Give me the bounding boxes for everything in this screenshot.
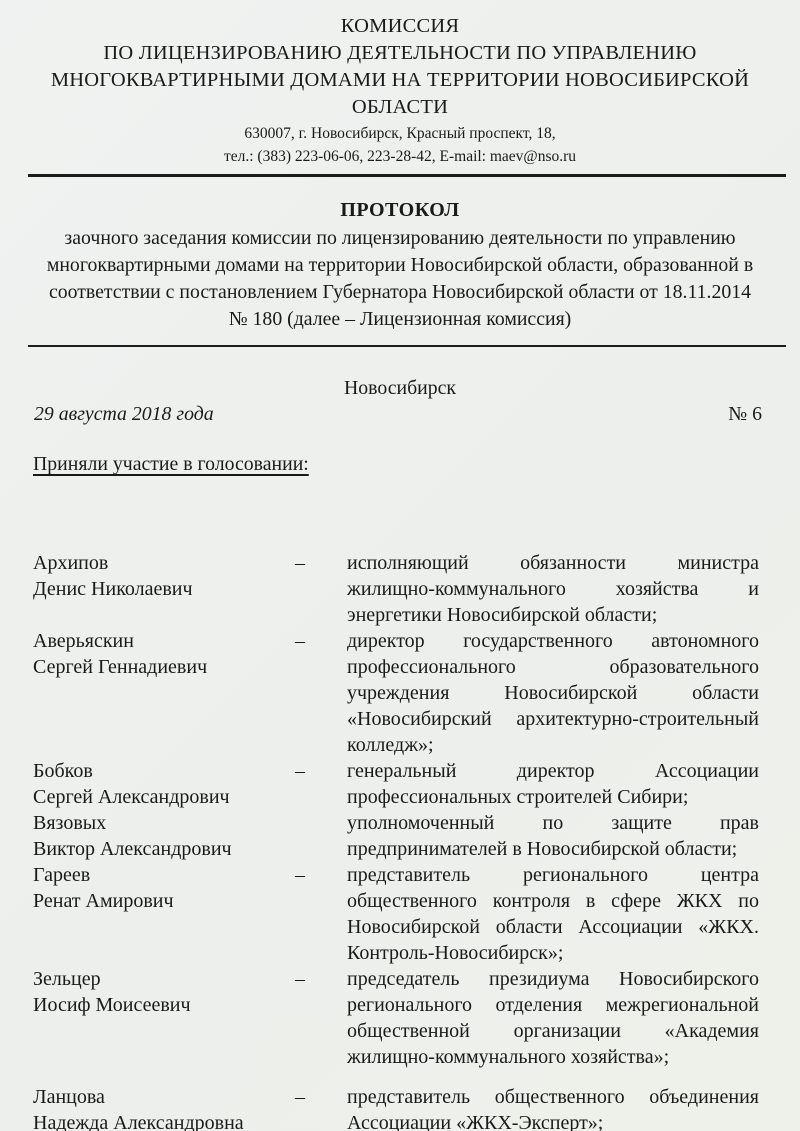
participant-name-line: Виктор Александрович <box>33 836 295 862</box>
participant-dash: – <box>295 758 347 810</box>
document-title: ПРОТОКОЛ <box>0 199 800 222</box>
participant-dash: – <box>295 628 347 758</box>
participant-name-line: Вязовых <box>33 810 295 836</box>
participant-row: АверьяскинСергей Геннадиевич–директор го… <box>0 628 800 758</box>
letterhead: КОМИССИЯ ПО ЛИЦЕНЗИРОВАНИЮ ДЕЯТЕЛЬНОСТИ … <box>0 13 800 167</box>
participant-dash: – <box>295 550 347 628</box>
participant-name-line: Денис Николаевич <box>33 576 295 602</box>
org-name: КОМИССИЯ ПО ЛИЦЕНЗИРОВАНИЮ ДЕЯТЕЛЬНОСТИ … <box>0 13 800 121</box>
participant-name-line: Иосиф Моисеевич <box>33 992 295 1018</box>
participant-role: директор государственного автономного пр… <box>347 628 759 758</box>
participant-row: ЛанцоваНадежда Александровна–представите… <box>0 1084 800 1131</box>
participant-role: представитель общественного объединения … <box>347 1084 759 1131</box>
title-divider <box>28 345 786 347</box>
org-name-line: ОБЛАСТИ <box>0 94 800 121</box>
participant-role: представитель регионального центра общес… <box>347 862 759 966</box>
protocol-number: № 6 <box>728 403 762 426</box>
participant-dash: – <box>295 966 347 1070</box>
org-name-line: ПО ЛИЦЕНЗИРОВАНИЮ ДЕЯТЕЛЬНОСТИ ПО УПРАВЛ… <box>0 40 800 67</box>
participant-row: БобковСергей Александрович–генеральный д… <box>0 758 800 810</box>
org-name-line: МНОГОКВАРТИРНЫМИ ДОМАМИ НА ТЕРРИТОРИИ НО… <box>0 67 800 94</box>
org-address: 630007, г. Новосибирск, Красный проспект… <box>0 123 800 144</box>
participant-name-line: Архипов <box>33 550 295 576</box>
participant-name: БобковСергей Александрович <box>33 758 295 810</box>
participant-dash: – <box>295 1084 347 1131</box>
participant-role: генеральный директор Ассоциации професси… <box>347 758 759 810</box>
participant-role: председатель президиума Новосибирского р… <box>347 966 759 1070</box>
meta-row: 29 августа 2018 года № 6 <box>0 403 800 426</box>
document-subtitle: заочного заседания комиссии по лицензиро… <box>44 225 756 333</box>
participant-name-line: Зельцер <box>33 966 295 992</box>
participant-name: ЛанцоваНадежда Александровна <box>33 1084 295 1131</box>
participants-list: АрхиповДенис Николаевич–исполняющий обяз… <box>0 550 800 1131</box>
participant-row: ВязовыхВиктор Александровичуполномоченны… <box>0 810 800 862</box>
participant-name: ВязовыхВиктор Александрович <box>33 810 295 862</box>
participant-name-line: Ренат Амирович <box>33 888 295 914</box>
participant-name-line: Надежда Александровна <box>33 1110 295 1131</box>
participant-name: АверьяскинСергей Геннадиевич <box>33 628 295 758</box>
participant-name-line: Гареев <box>33 862 295 888</box>
participants-heading: Приняли участие в голосовании: <box>33 453 800 476</box>
participant-row: ЗельцерИосиф Моисеевич–председатель през… <box>0 966 800 1070</box>
meeting-city: Новосибирск <box>0 377 800 400</box>
participant-role: уполномоченный по защите прав предприним… <box>347 810 759 862</box>
participant-row: ГареевРенат Амирович–представитель регио… <box>0 862 800 966</box>
letterhead-divider <box>28 174 786 177</box>
participant-role: исполняющий обязанности министра жилищно… <box>347 550 759 628</box>
participant-name-line: Ланцова <box>33 1084 295 1110</box>
participant-name: ЗельцерИосиф Моисеевич <box>33 966 295 1070</box>
document-page: КОМИССИЯ ПО ЛИЦЕНЗИРОВАНИЮ ДЕЯТЕЛЬНОСТИ … <box>0 0 800 1131</box>
participant-name-line: Аверьяскин <box>33 628 295 654</box>
participant-dash: – <box>295 862 347 966</box>
participant-name: АрхиповДенис Николаевич <box>33 550 295 628</box>
participant-dash <box>295 810 347 862</box>
org-name-line: КОМИССИЯ <box>0 13 800 40</box>
participant-name-line: Бобков <box>33 758 295 784</box>
participant-name-line: Сергей Александрович <box>33 784 295 810</box>
participant-row: АрхиповДенис Николаевич–исполняющий обяз… <box>0 550 800 628</box>
org-contacts: тел.: (383) 223-06-06, 223-28-42, E-mail… <box>0 146 800 167</box>
meeting-date: 29 августа 2018 года <box>34 403 214 426</box>
participant-name: ГареевРенат Амирович <box>33 862 295 966</box>
participant-name-line: Сергей Геннадиевич <box>33 654 295 680</box>
